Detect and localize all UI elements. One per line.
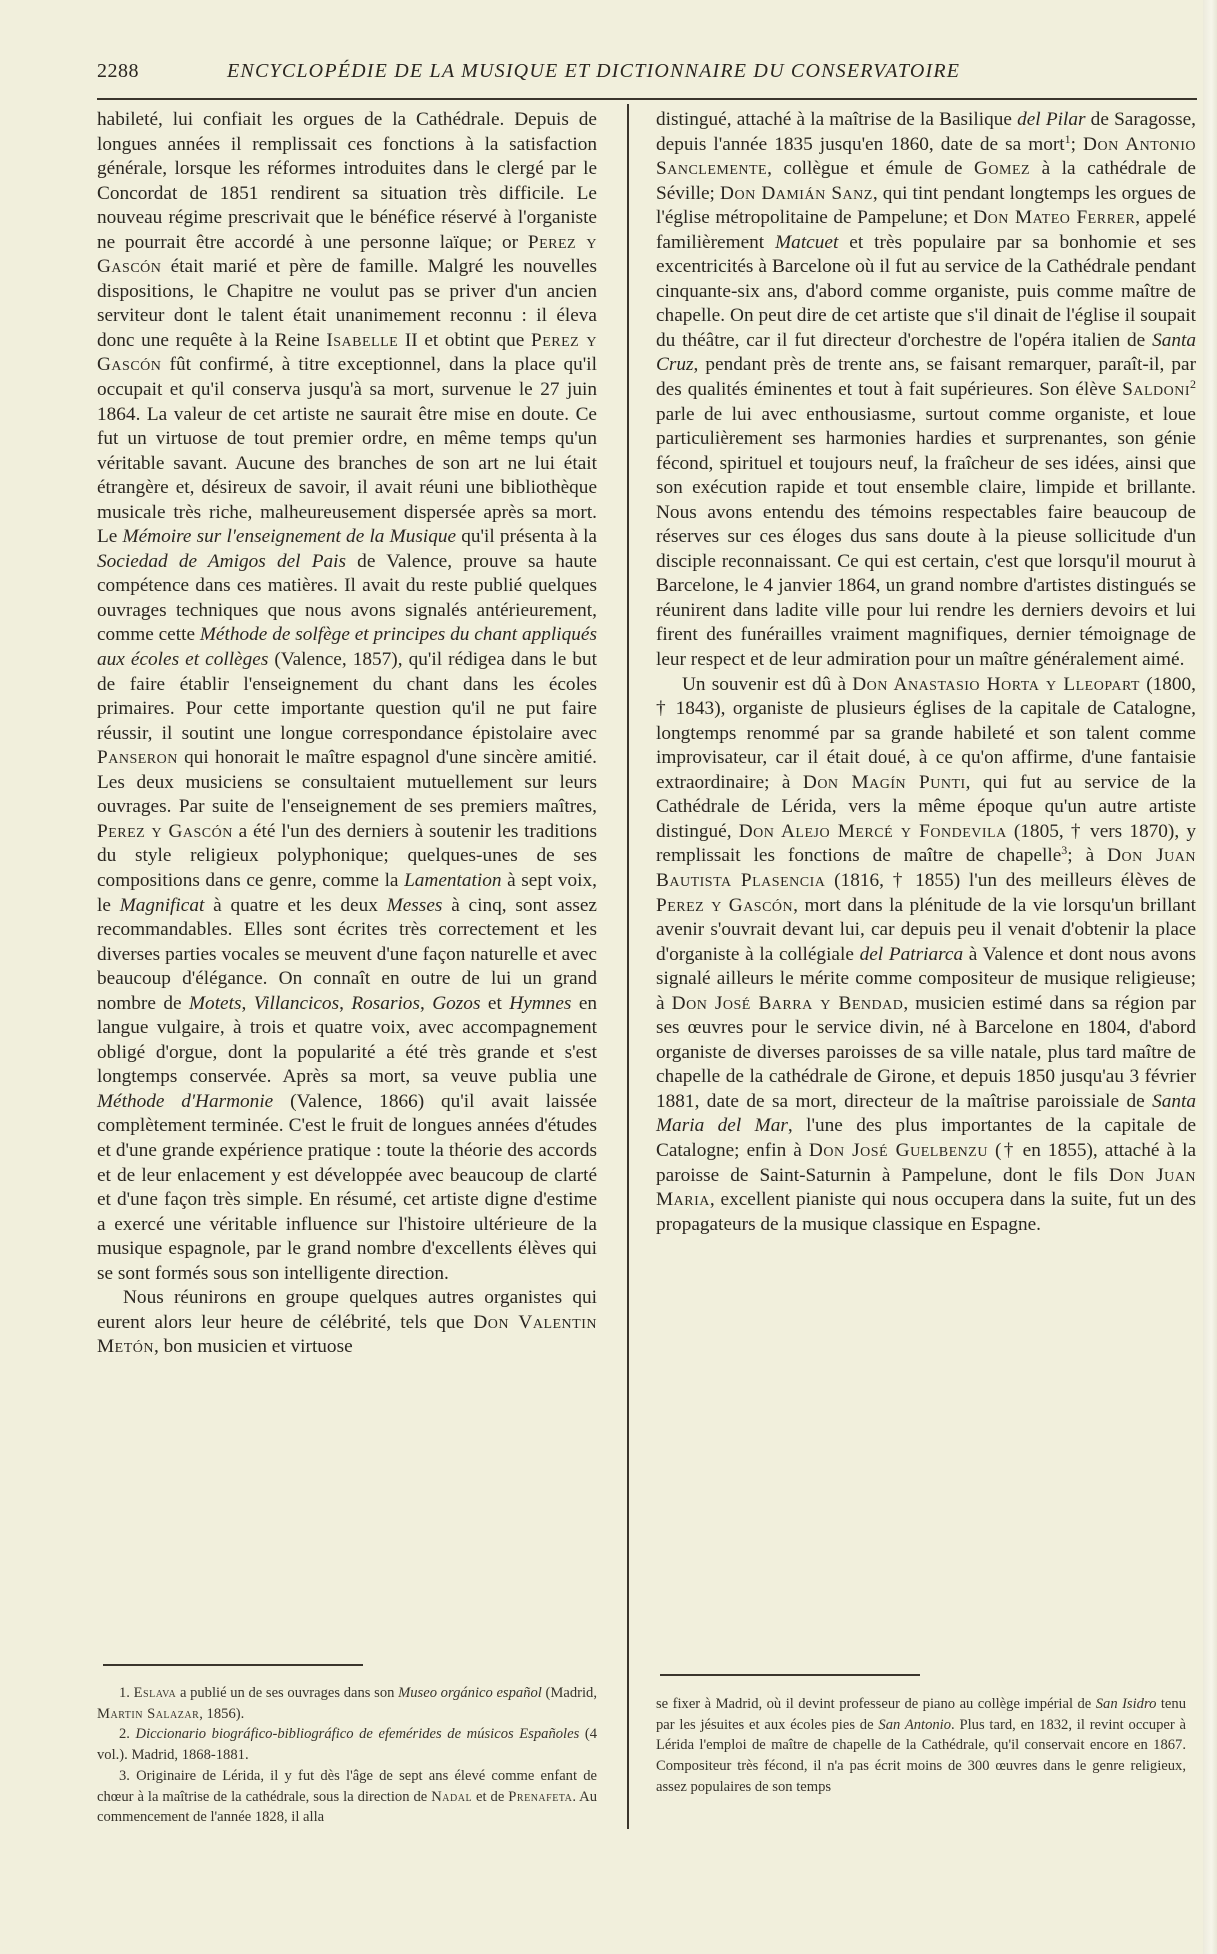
person-name: Don Alejo Mercé y Fondevila xyxy=(739,821,1007,842)
italic-title: Motets xyxy=(189,993,241,1014)
person-name: Don Juan Maria xyxy=(656,1165,1196,1211)
italic-title: Sociedad de Amigos del Pais xyxy=(97,551,346,572)
person-name: Eslava xyxy=(134,1685,177,1701)
italic-title: Hymnes xyxy=(509,993,571,1014)
right-column: distingué, attaché à la maîtrise de la B… xyxy=(656,108,1196,1237)
italic-title: del Patriarca xyxy=(860,944,964,965)
paragraph: distingué, attaché à la maîtrise de la B… xyxy=(656,108,1196,673)
paragraph: Nous réunirons en groupe quelques autres… xyxy=(97,1286,597,1360)
person-name: Don José Barra y Bendad xyxy=(672,993,904,1014)
italic-title: Diccionario biográfico-bibliográfico de … xyxy=(136,1726,580,1742)
footnote-ref: 2 xyxy=(1190,377,1196,391)
person-name: Don José Guelbenzu xyxy=(809,1140,988,1161)
footnote-1: 1. Eslava a publié un de ses ouvrages da… xyxy=(97,1683,597,1724)
person-name: Isabelle xyxy=(326,330,398,351)
italic-title: Santa Maria del Mar xyxy=(656,1091,1196,1137)
italic-title: Méthode de solfège et principes du chant… xyxy=(97,624,597,670)
italic-title: Villancicos xyxy=(254,993,339,1014)
italic-title: Museo orgánico español xyxy=(398,1685,542,1701)
italic-title: Magnificat xyxy=(120,895,205,916)
italic-title: Lamentation xyxy=(404,870,501,891)
italic-title: Santa Cruz xyxy=(656,330,1196,376)
footnote-ref: 3 xyxy=(1061,843,1067,857)
header-rule xyxy=(97,98,1197,100)
paragraph: habileté, lui confiait les orgues de la … xyxy=(97,108,597,1286)
person-name: Perez y Gascón xyxy=(97,232,597,278)
italic-title: San Isidro xyxy=(1096,1696,1157,1712)
person-name: Don Juan Bautista Plasencia xyxy=(656,845,1196,891)
person-name: Saldoni xyxy=(1122,379,1190,400)
person-name: Gomez xyxy=(974,158,1030,179)
footnote-3-continued: se fixer à Madrid, où il devint professe… xyxy=(656,1694,1186,1798)
person-name: Don Mateo Ferrer xyxy=(973,207,1135,228)
running-header: 2288 ENCYCLOPÉDIE DE LA MUSIQUE ET DICTI… xyxy=(97,58,1197,86)
person-name: Prenafeta xyxy=(508,1789,572,1805)
footnote-rule xyxy=(660,1674,920,1676)
footnotes-right: se fixer à Madrid, où il devint professe… xyxy=(656,1694,1186,1798)
person-name: Panseron xyxy=(97,747,178,768)
person-name: Perez y Gascón xyxy=(656,895,793,916)
person-name: Don Magín Punti xyxy=(803,772,966,793)
left-column: habileté, lui confiait les orgues de la … xyxy=(97,108,597,1360)
footnote-ref: 1 xyxy=(1065,132,1071,146)
footnotes-left: 1. Eslava a publié un de ses ouvrages da… xyxy=(97,1683,597,1828)
italic-title: Gozos xyxy=(432,993,480,1014)
italic-title: del Pilar xyxy=(1017,109,1085,130)
person-name: Perez y Gascón xyxy=(97,821,233,842)
person-name: Don Anastasio Horta y Lleopart xyxy=(852,674,1140,695)
page-number: 2288 xyxy=(97,60,139,83)
person-name: Don Valentin Metón xyxy=(97,1312,597,1358)
page-edge xyxy=(1203,0,1217,1954)
column-divider xyxy=(627,104,629,1829)
italic-title: Méthode d'Harmonie xyxy=(97,1091,273,1112)
person-name: Nadal xyxy=(431,1789,472,1805)
running-title: ENCYCLOPÉDIE DE LA MUSIQUE ET DICTIONNAI… xyxy=(227,60,960,83)
person-name: Don Damián Sanz xyxy=(720,183,873,204)
paragraph: Un souvenir est dû à Don Anastasio Horta… xyxy=(656,673,1196,1238)
footnote-3: 3. Originaire de Lérida, il y fut dès l'… xyxy=(97,1766,597,1828)
italic-title: Messes xyxy=(387,895,443,916)
italic-title: Rosarios xyxy=(351,993,420,1014)
italic-title: San Antonio xyxy=(878,1717,951,1733)
person-name: Martin Salazar xyxy=(97,1706,199,1722)
italic-title: Matcuet xyxy=(775,232,838,253)
footnote-rule xyxy=(103,1664,363,1666)
footnote-2: 2. Diccionario biográfico-bibliográfico … xyxy=(97,1724,597,1765)
italic-title: Mémoire sur l'enseignement de la Musique xyxy=(123,526,457,547)
person-name: Don Antonio Sanclemente xyxy=(656,134,1196,180)
